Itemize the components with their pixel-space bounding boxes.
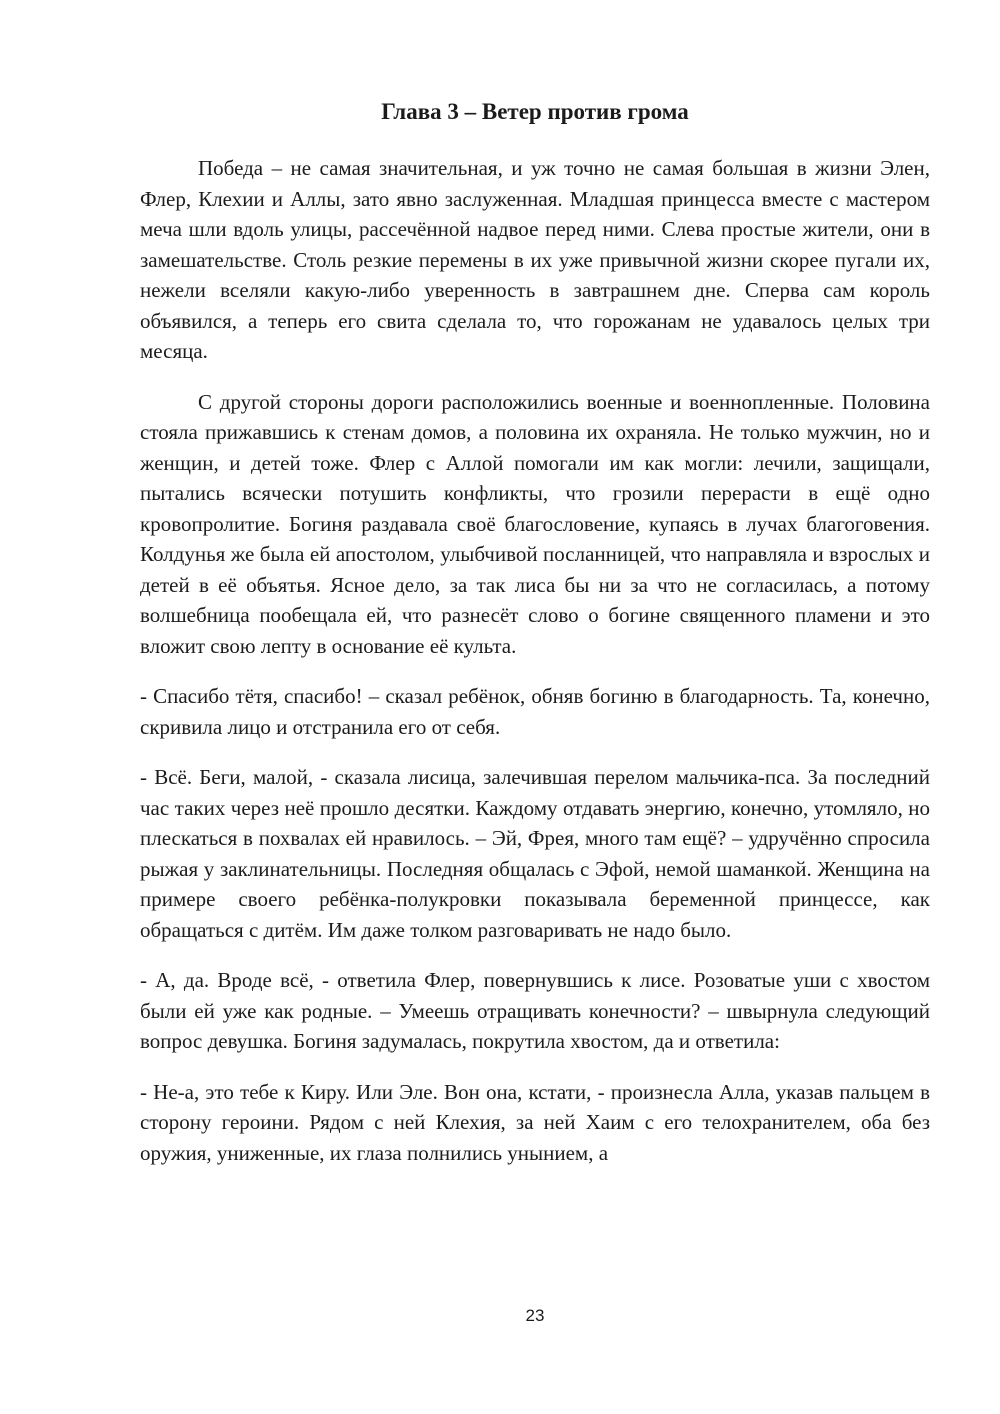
dialogue-paragraph-2: - Всё. Беги, малой, - сказала лисица, за…	[140, 762, 930, 945]
dialogue-paragraph-3: - А, да. Вроде всё, - ответила Флер, пов…	[140, 965, 930, 1057]
page-number: 23	[140, 1306, 930, 1326]
chapter-title: Глава 3 – Ветер против грома	[140, 97, 930, 127]
document-page: Глава 3 – Ветер против грома Победа – не…	[0, 0, 1000, 1414]
body-paragraph-2: С другой стороны дороги расположились во…	[140, 387, 930, 662]
dialogue-paragraph-4: - Не-а, это тебе к Киру. Или Эле. Вон он…	[140, 1077, 930, 1169]
body-paragraph-1: Победа – не самая значительная, и уж точ…	[140, 153, 930, 367]
dialogue-paragraph-1: - Спасибо тётя, спасибо! – сказал ребёно…	[140, 681, 930, 742]
text-block: Глава 3 – Ветер против грома Победа – не…	[140, 97, 930, 1188]
